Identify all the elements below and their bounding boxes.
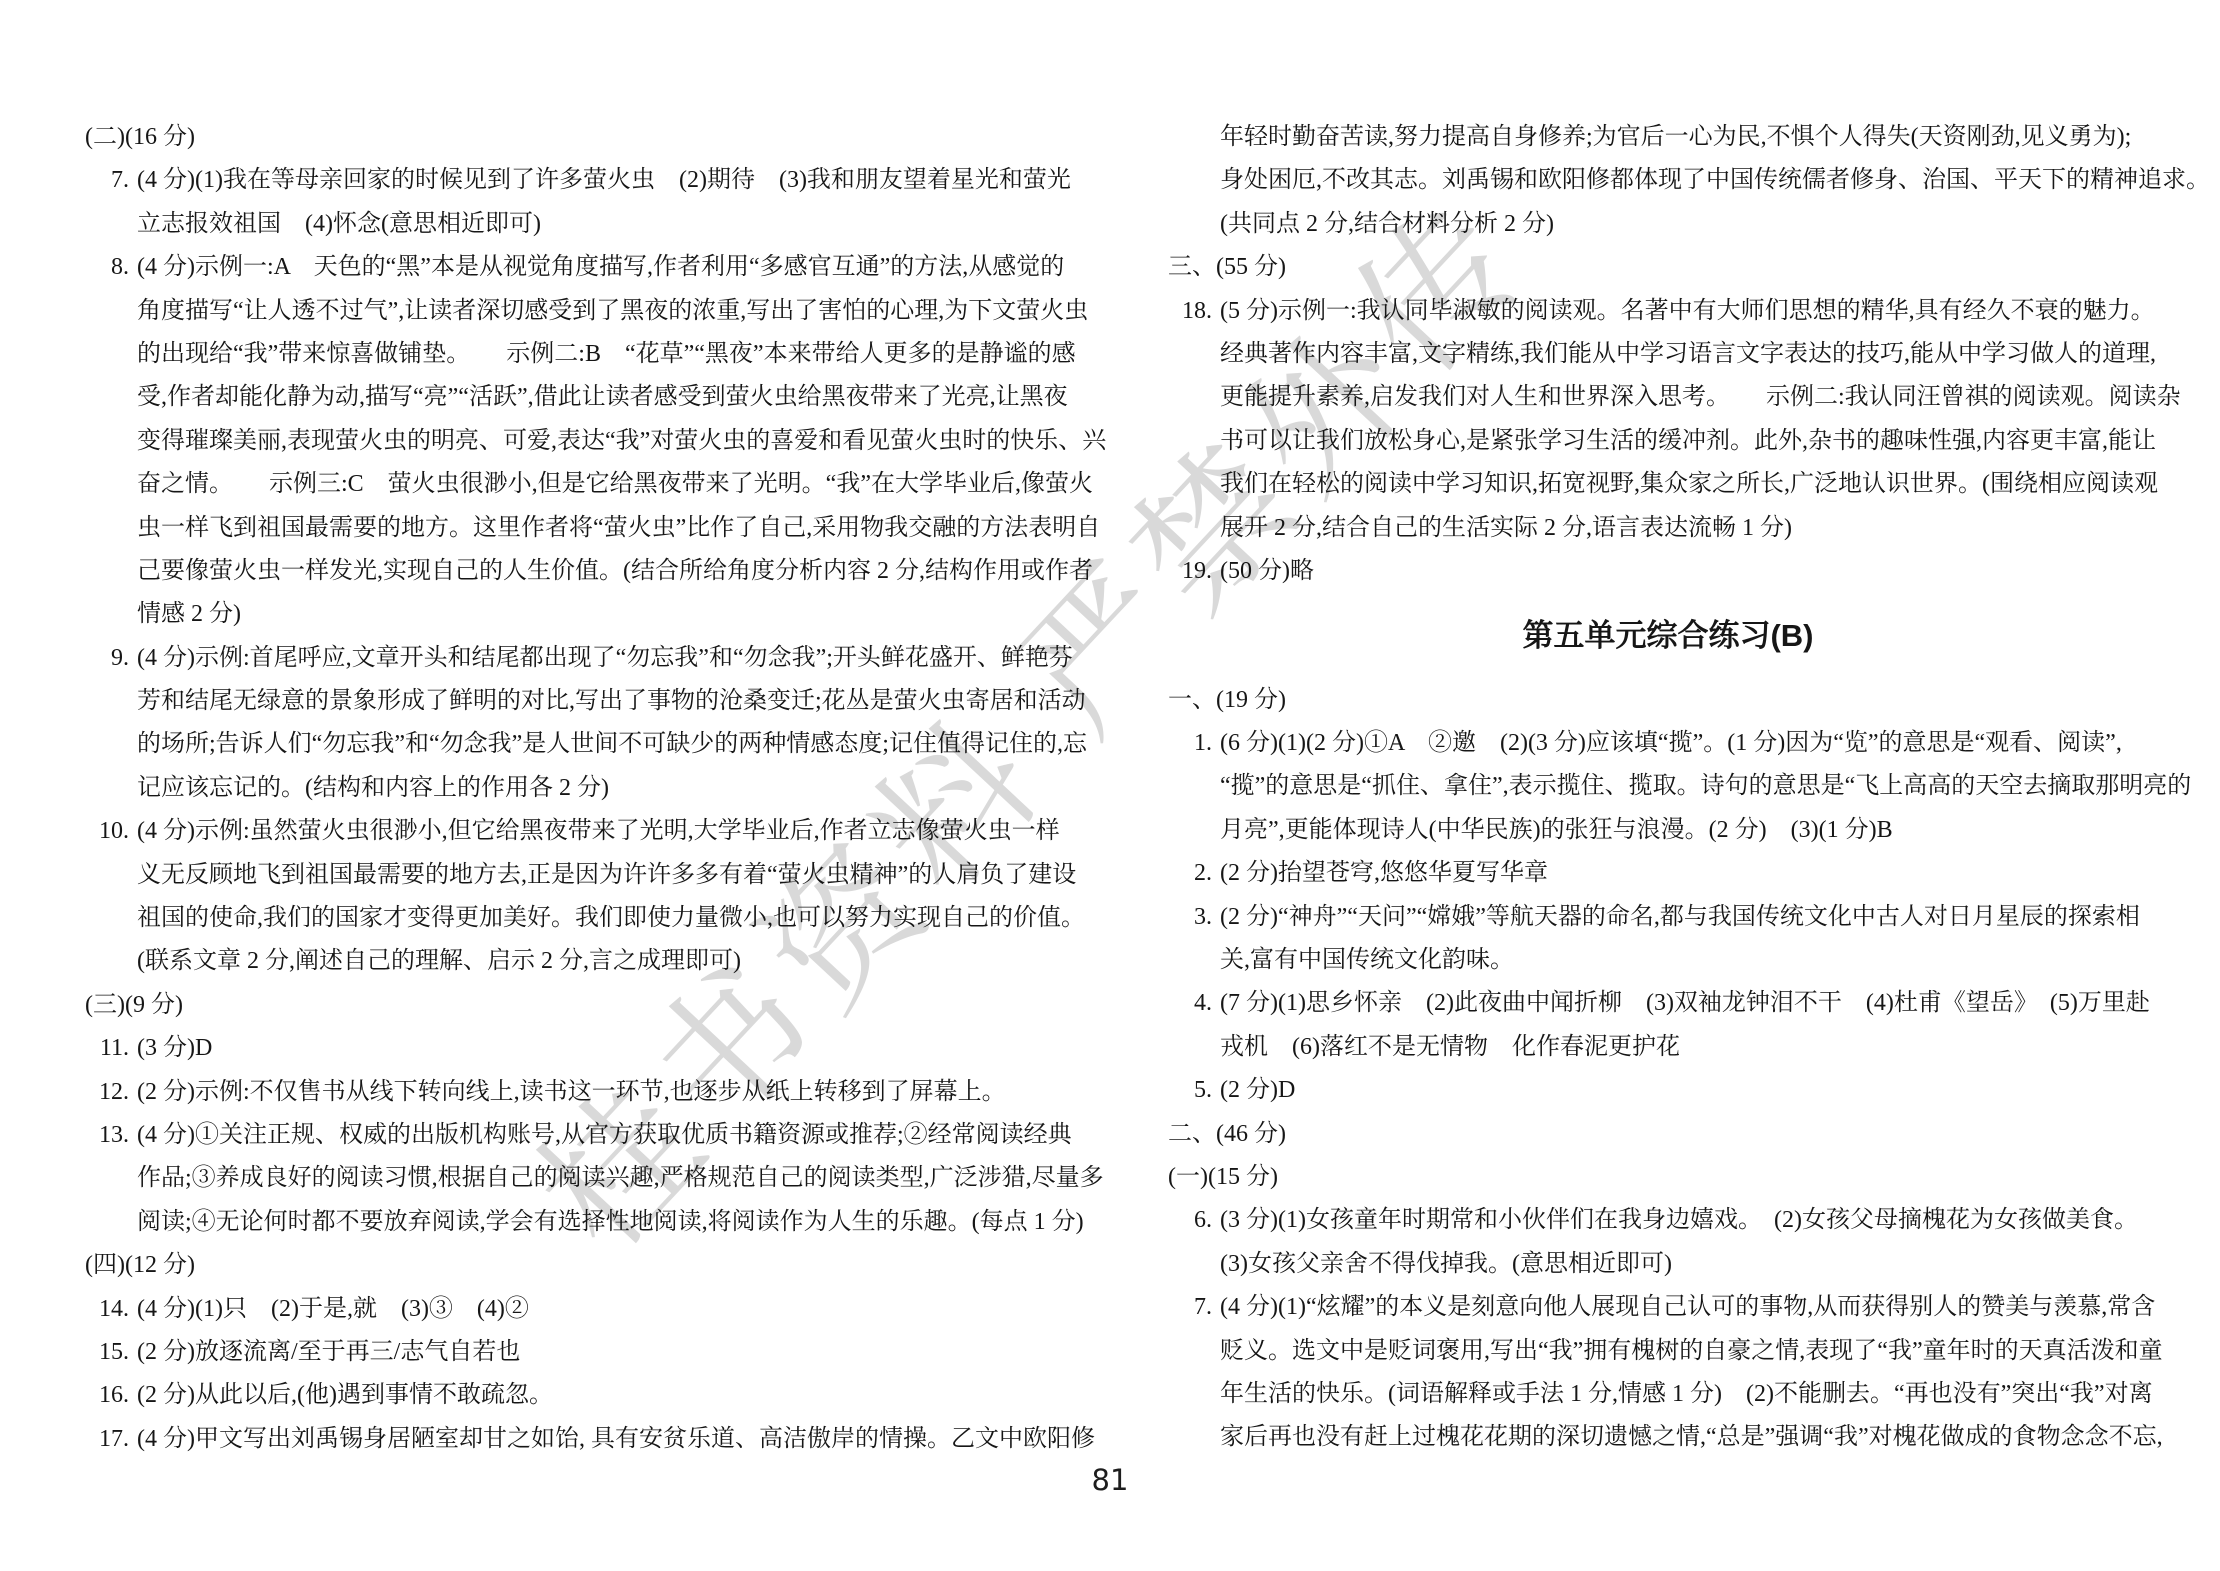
answer-line: “揽”的意思是“抓住、拿住”,表示揽住、揽取。诗句的意思是“飞上高高的天空去摘取… (1168, 765, 2168, 808)
answer-line: 16.(2 分)从此以后,(他)遇到事情不敢疏忽。 (85, 1374, 1093, 1417)
answer-line: 13.(4 分)①关注正规、权威的出版机构账号,从官方获取优质书籍资源或推荐;②… (85, 1114, 1093, 1157)
answer-line: 年轻时勤奋苦读,努力提高自身修养;为官后一心为民,不惧个人得失(天资刚劲,见义勇… (1168, 116, 2168, 159)
answer-line: 戎机 (6)落红不是无情物 化作春泥更护花 (1168, 1026, 2168, 1069)
page-number: 81 (0, 1463, 2220, 1497)
answer-line: 祖国的使命,我们的国家才变得更加美好。我们即使力量微小,也可以努力实现自己的价值… (85, 897, 1093, 940)
answer-line: 7.(4 分)(1)我在等母亲回家的时候见到了许多萤火虫 (2)期待 (3)我和… (85, 159, 1093, 202)
spacer (1168, 658, 2168, 679)
item-number: 3. (1168, 896, 1212, 939)
item-text: (2 分)“神舟”“天问”“嫦娥”等航天器的命名,都与我国传统文化中古人对日月星… (1220, 904, 2140, 930)
item-number: 14. (85, 1288, 129, 1331)
item-text: (6 分)(1)(2 分)①A ②邀 (2)(3 分)应该填“揽”。(1 分)因… (1220, 730, 2122, 756)
answer-line: 9.(4 分)示例:首尾呼应,文章开头和结尾都出现了“勿忘我”和“勿念我”;开头… (85, 637, 1093, 680)
item-text: (4 分)(1)我在等母亲回家的时候见到了许多萤火虫 (2)期待 (3)我和朋友… (137, 167, 1071, 193)
item-number: 15. (85, 1331, 129, 1374)
answer-line: 家后再也没有赶上过槐花花期的深切遗憾之情,“总是”强调“我”对槐花做成的食物念念… (1168, 1416, 2168, 1459)
item-number: 6. (1168, 1199, 1212, 1242)
section-label: 二、(46 分) (1168, 1113, 2168, 1156)
item-number: 7. (1168, 1286, 1212, 1329)
answer-line: (联系文章 2 分,阐述自己的理解、启示 2 分,言之成理即可) (85, 940, 1093, 983)
answer-line: 立志报效祖国 (4)怀念(意思相近即可) (85, 203, 1093, 246)
item-text: (7 分)(1)思乡怀亲 (2)此夜曲中闻折柳 (3)双袖龙钟泪不干 (4)杜甫… (1220, 990, 2150, 1016)
answer-line: 阅读;④无论何时都不要放弃阅读,学会有选择性地阅读,将阅读作为人生的乐趣。(每点… (85, 1201, 1093, 1244)
item-text: (4 分)①关注正规、权威的出版机构账号,从官方获取优质书籍资源或推荐;②经常阅… (137, 1122, 1072, 1148)
answer-line: 15.(2 分)放逐流离/至于再三/志气自若也 (85, 1331, 1093, 1374)
item-number: 10. (85, 810, 129, 853)
answer-line: 虫一样飞到祖国最需要的地方。这里作者将“萤火虫”比作了自己,采用物我交融的方法表… (85, 507, 1093, 550)
answer-line: 11.(3 分)D (85, 1027, 1093, 1070)
answer-line: (3)女孩父亲舍不得伐掉我。(意思相近即可) (1168, 1243, 2168, 1286)
answer-line: 月亮”,更能体现诗人(中华民族)的张狂与浪漫。(2 分) (3)(1 分)B (1168, 809, 2168, 852)
answer-line: 14.(4 分)(1)只 (2)于是,就 (3)③ (4)② (85, 1288, 1093, 1331)
item-number: 16. (85, 1374, 129, 1417)
item-text: (2 分)抬望苍穹,悠悠华夏写华章 (1220, 860, 1548, 886)
item-text: (2 分)从此以后,(他)遇到事情不敢疏忽。 (137, 1382, 553, 1408)
item-number: 19. (1168, 550, 1212, 593)
item-text: (4 分)(1)只 (2)于是,就 (3)③ (4)② (137, 1296, 529, 1322)
answer-line: 芳和结尾无绿意的景象形成了鲜明的对比,写出了事物的沧桑变迁;花丛是萤火虫寄居和活… (85, 680, 1093, 723)
answer-line: 书可以让我们放松身心,是紧张学习生活的缓冲剂。此外,杂书的趣味性强,内容更丰富,… (1168, 420, 2168, 463)
item-number: 18. (1168, 290, 1212, 333)
answer-line: 5.(2 分)D (1168, 1069, 2168, 1112)
item-number: 2. (1168, 852, 1212, 895)
item-number: 11. (85, 1027, 129, 1070)
item-text: (50 分)略 (1220, 558, 1314, 584)
answer-line: 作品;③养成良好的阅读习惯,根据自己的阅读兴趣,严格规范自己的阅读类型,广泛涉猎… (85, 1157, 1093, 1200)
answer-line: 奋之情。 示例三:C 萤火虫很渺小,但是它给黑夜带来了光明。“我”在大学毕业后,… (85, 463, 1093, 506)
item-number: 12. (85, 1071, 129, 1114)
answer-line: 1.(6 分)(1)(2 分)①A ②邀 (2)(3 分)应该填“揽”。(1 分… (1168, 722, 2168, 765)
spacer (1168, 593, 2168, 614)
answer-line: 19.(50 分)略 (1168, 550, 2168, 593)
item-text: (4 分)示例:首尾呼应,文章开头和结尾都出现了“勿忘我”和“勿念我”;开头鲜花… (137, 645, 1073, 671)
answer-line: 18.(5 分)示例一:我认同毕淑敏的阅读观。名著中有大师们思想的精华,具有经久… (1168, 290, 2168, 333)
item-number: 7. (85, 159, 129, 202)
answer-line: 更能提升素养,启发我们对人生和世界深入思考。 示例二:我认同汪曾祺的阅读观。阅读… (1168, 376, 2168, 419)
answer-line: 变得璀璨美丽,表现萤火虫的明亮、可爱,表达“我”对萤火虫的喜爱和看见萤火虫时的快… (85, 420, 1093, 463)
answer-line: 展开 2 分,结合自己的生活实际 2 分,语言表达流畅 1 分) (1168, 507, 2168, 550)
section-label: (一)(15 分) (1168, 1156, 2168, 1199)
answer-line: 6.(3 分)(1)女孩童年时期常和小伙伴们在我身边嬉戏。 (2)女孩父母摘槐花… (1168, 1199, 2168, 1242)
answer-line: 10.(4 分)示例:虽然萤火虫很渺小,但它给黑夜带来了光明,大学毕业后,作者立… (85, 810, 1093, 853)
section-label: 一、(19 分) (1168, 679, 2168, 722)
item-text: (5 分)示例一:我认同毕淑敏的阅读观。名著中有大师们思想的精华,具有经久不衰的… (1220, 298, 2155, 324)
answer-line: 的出现给“我”带来惊喜做铺垫。 示例二:B “花草”“黑夜”本来带给人更多的是静… (85, 333, 1093, 376)
answer-line: 4.(7 分)(1)思乡怀亲 (2)此夜曲中闻折柳 (3)双袖龙钟泪不干 (4)… (1168, 982, 2168, 1025)
item-number: 8. (85, 246, 129, 289)
item-text: (3 分)D (137, 1035, 212, 1061)
answer-line: 身处困厄,不改其志。刘禹锡和欧阳修都体现了中国传统儒者修身、治国、平天下的精神追… (1168, 159, 2168, 202)
answer-line: 义无反顾地飞到祖国最需要的地方去,正是因为许许多多有着“萤火虫精神”的人肩负了建… (85, 854, 1093, 897)
item-text: (2 分)示例:不仅售书从线下转向线上,读书这一环节,也逐步从纸上转移到了屏幕上… (137, 1079, 1006, 1105)
answer-line: 8.(4 分)示例一:A 天色的“黑”本是从视觉角度描写,作者利用“多感官互通”… (85, 246, 1093, 289)
answer-line: (共同点 2 分,结合材料分析 2 分) (1168, 203, 2168, 246)
section-label: (三)(9 分) (85, 984, 1093, 1027)
item-number: 4. (1168, 982, 1212, 1025)
answer-line: 己要像萤火虫一样发光,实现自己的人生价值。(结合所给角度分析内容 2 分,结构作… (85, 550, 1093, 593)
item-text: (3 分)(1)女孩童年时期常和小伙伴们在我身边嬉戏。 (2)女孩父母摘槐花为女… (1220, 1207, 2138, 1233)
answer-line: 12.(2 分)示例:不仅售书从线下转向线上,读书这一环节,也逐步从纸上转移到了… (85, 1071, 1093, 1114)
answer-line: 3.(2 分)“神舟”“天问”“嫦娥”等航天器的命名,都与我国传统文化中古人对日… (1168, 896, 2168, 939)
answer-line: 的场所;告诉人们“勿忘我”和“勿念我”是人世间不可缺少的两种情感态度;记住值得记… (85, 723, 1093, 766)
answer-line: 角度描写“让人透不过气”,让读者深切感受到了黑夜的浓重,写出了害怕的心理,为下文… (85, 290, 1093, 333)
answer-line: 经典著作内容丰富,文字精练,我们能从中学习语言文字表达的技巧,能从中学习做人的道… (1168, 333, 2168, 376)
section-label: (四)(12 分) (85, 1244, 1093, 1287)
answer-line: 记应该忘记的。(结构和内容上的作用各 2 分) (85, 767, 1093, 810)
item-text: (4 分)甲文写出刘禹锡身居陋室却甘之如饴, 具有安贫乐道、高洁傲岸的情操。乙文… (137, 1426, 1095, 1452)
answer-key-page: 桂书资料 严禁外传 (二)(16 分)7.(4 分)(1)我在等母亲回家的时候见… (0, 0, 2220, 1571)
item-number: 1. (1168, 722, 1212, 765)
item-text: (4 分)示例:虽然萤火虫很渺小,但它给黑夜带来了光明,大学毕业后,作者立志像萤… (137, 818, 1060, 844)
answer-line: 我们在轻松的阅读中学习知识,拓宽视野,集众家之所长,广泛地认识世界。(围绕相应阅… (1168, 463, 2168, 506)
answer-line: 关,富有中国传统文化韵味。 (1168, 939, 2168, 982)
answer-line: 情感 2 分) (85, 593, 1093, 636)
item-text: (4 分)示例一:A 天色的“黑”本是从视觉角度描写,作者利用“多感官互通”的方… (137, 254, 1064, 280)
item-number: 17. (85, 1418, 129, 1461)
item-text: (2 分)放逐流离/至于再三/志气自若也 (137, 1339, 520, 1365)
answer-line: 7.(4 分)(1)“炫耀”的本义是刻意向他人展现自己认可的事物,从而获得别人的… (1168, 1286, 2168, 1329)
item-number: 9. (85, 637, 129, 680)
answer-line: 17.(4 分)甲文写出刘禹锡身居陋室却甘之如饴, 具有安贫乐道、高洁傲岸的情操… (85, 1418, 1093, 1461)
left-column: (二)(16 分)7.(4 分)(1)我在等母亲回家的时候见到了许多萤火虫 (2… (85, 116, 1093, 1461)
item-number: 5. (1168, 1069, 1212, 1112)
section-label: 三、(55 分) (1168, 246, 2168, 289)
answer-line: 受,作者却能化静为动,描写“亮”“活跃”,借此让读者感受到萤火虫给黑夜带来了光亮… (85, 376, 1093, 419)
item-number: 13. (85, 1114, 129, 1157)
section-heading: 第五单元综合练习(B) (1168, 614, 2168, 657)
answer-line: 年生活的快乐。(词语解释或手法 1 分,情感 1 分) (2)不能删去。“再也没… (1168, 1373, 2168, 1416)
section-label: (二)(16 分) (85, 116, 1093, 159)
answer-line: 2.(2 分)抬望苍穹,悠悠华夏写华章 (1168, 852, 2168, 895)
item-text: (4 分)(1)“炫耀”的本义是刻意向他人展现自己认可的事物,从而获得别人的赞美… (1220, 1294, 2155, 1320)
item-text: (2 分)D (1220, 1077, 1295, 1103)
answer-line: 贬义。选文中是贬词褒用,写出“我”拥有槐树的自豪之情,表现了“我”童年时的天真活… (1168, 1330, 2168, 1373)
right-column: 年轻时勤奋苦读,努力提高自身修养;为官后一心为民,不惧个人得失(天资刚劲,见义勇… (1168, 116, 2168, 1460)
